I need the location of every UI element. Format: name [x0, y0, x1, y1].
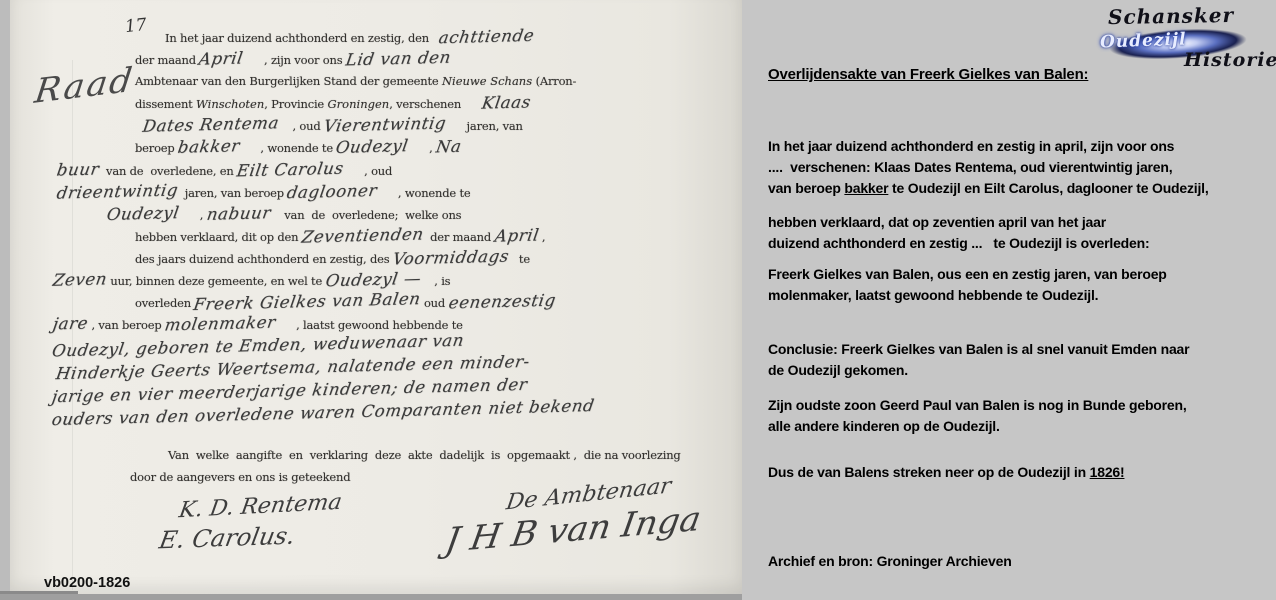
- printed-text: , verschenen: [389, 97, 482, 111]
- printed-text: door de aangevers en ons is geteekend: [130, 470, 350, 484]
- text-line: .... verschenen: Klaas Dates Rentema, ou…: [768, 157, 1268, 178]
- handwritten-text: Dates Rentema: [141, 113, 281, 139]
- transcript-text: In het jaar duizend achthonderd en zesti…: [768, 138, 1174, 154]
- handwritten-text: Eilt Carolus: [235, 157, 345, 182]
- printed-italic-text: Groningen: [328, 97, 390, 111]
- handwritten-text: Klaas: [480, 92, 532, 115]
- printed-text: beroep: [135, 141, 178, 155]
- text-line: Dus de van Balens streken neer op de Oud…: [768, 462, 1268, 483]
- handwritten-text: April: [198, 48, 245, 71]
- printed-text: der maand: [135, 53, 199, 67]
- schansker-oudezijl-historie-logo: Schansker Oudezijl Historie: [1088, 4, 1270, 76]
- text-line: drieentwintig jaren, van beroep dagloone…: [57, 181, 735, 203]
- text-line: des jaars duizend achthonderd en zestig,…: [135, 247, 735, 269]
- printed-text: overleden: [135, 296, 194, 310]
- printed-text: ,: [408, 141, 436, 155]
- printed-text: , oud: [279, 119, 324, 133]
- printed-text: ,: [179, 208, 207, 222]
- transcript-text: molenmaker, laatst gewoond hebbende te O…: [768, 287, 1098, 303]
- printed-text: , van beroep: [88, 318, 165, 332]
- handwritten-text: nabuur: [205, 202, 272, 226]
- logo-text-historie: Historie: [1184, 49, 1276, 71]
- underlined-text: bakker: [844, 180, 888, 196]
- handwritten-text: bakker: [176, 136, 241, 160]
- text-line: dissement Winschoten, Provincie Groninge…: [135, 92, 735, 114]
- text-line: Oudezyl , nabuur van de overledene; welk…: [107, 203, 735, 225]
- handwritten-text: Vierentwintig: [322, 113, 448, 138]
- source-attribution: Archief en bron: Groninger Archieven: [768, 553, 1012, 569]
- handwritten-text: jare: [51, 313, 89, 336]
- text-line: Freerk Gielkes van Balen, ous een en zes…: [768, 264, 1268, 285]
- text-line: hebben verklaard, dat op zeventien april…: [768, 212, 1268, 233]
- transcript-text: Conclusie: Freerk Gielkes van Balen is a…: [768, 341, 1189, 357]
- transcript-text: .... verschenen: Klaas Dates Rentema, ou…: [768, 159, 1172, 175]
- transcript-text: Freerk Gielkes van Balen, ous een en zes…: [768, 266, 1167, 282]
- printed-text: , wonende te: [377, 186, 470, 200]
- transcript-paragraph: Freerk Gielkes van Balen, ous een en zes…: [768, 264, 1268, 306]
- margin-note-raad: Raad: [32, 60, 136, 111]
- transcript-text: alle andere kinderen op de Oudezijl.: [768, 418, 1000, 434]
- printed-text: dissement: [135, 97, 196, 111]
- printed-text: Van welke aangifte en verklaring deze ak…: [168, 448, 681, 462]
- transcript-paragraph: Dus de van Balens streken neer op de Oud…: [768, 462, 1268, 483]
- printed-text: hebben verklaard, dit op den: [135, 230, 302, 244]
- printed-italic-text: Winschoten: [196, 97, 264, 111]
- page: { "colors": { "panel_bg": "#c6c6c6", "pa…: [0, 0, 1276, 600]
- underlined-text: 1826!: [1090, 464, 1125, 480]
- printed-text: des jaars duizend achthonderd en zestig,…: [135, 252, 393, 266]
- handwritten-text: Lid van den: [344, 47, 452, 72]
- printed-text: te: [509, 252, 530, 266]
- text-line: Conclusie: Freerk Gielkes van Balen is a…: [768, 339, 1268, 360]
- logo-text-oudezijl: Oudezijl: [1100, 29, 1187, 52]
- printed-text: (Arron-: [532, 74, 576, 88]
- text-line: buur van de overledene, en Eilt Carolus …: [57, 159, 735, 181]
- signature-ambtenaar-name: J H B van Inga: [443, 499, 704, 561]
- annotation-panel: Schansker Oudezijl Historie Overlijdensa…: [742, 0, 1276, 600]
- printed-text: , Provincie: [264, 97, 327, 111]
- printed-text: van de overledene; welke ons: [270, 208, 461, 222]
- printed-text: der maand: [423, 230, 494, 244]
- akte-body-text: In het jaar duizend achthonderd en zesti…: [135, 26, 735, 424]
- text-line: In het jaar duizend achthonderd en zesti…: [165, 26, 735, 48]
- printed-text: jaren, van: [446, 119, 523, 133]
- printed-text: oud: [420, 296, 448, 310]
- death-certificate-scan: 17 Raad In het jaar duizend achthonderd …: [0, 0, 742, 600]
- transcript-text: hebben verklaard, dat op zeventien april…: [768, 214, 1106, 230]
- printed-text: , is: [420, 274, 450, 288]
- transcript-text: Zijn oudste zoon Geerd Paul van Balen is…: [768, 397, 1187, 413]
- handwritten-text: drieentwintig: [55, 179, 180, 204]
- text-line: der maand April , zijn voor ons Lid van …: [135, 48, 735, 70]
- signature-carolus: E. Carolus.: [157, 522, 297, 555]
- text-line: Van welke aangifte en verklaring deze ak…: [168, 444, 748, 466]
- printed-text: van de overledene, en: [99, 164, 237, 178]
- text-line: hebben verklaard, dit op den Zeventiende…: [135, 225, 735, 247]
- handwritten-text: Zeventienden: [300, 223, 425, 248]
- handwritten-text: buur: [55, 158, 101, 181]
- text-line: duizend achthonderd en zestig ... te Oud…: [768, 233, 1268, 254]
- transcript-paragraph: Conclusie: Freerk Gielkes van Balen is a…: [768, 339, 1268, 381]
- handwritten-text: daglooner: [286, 179, 379, 203]
- printed-text: Ambtenaar van den Burgerlijken Stand der…: [135, 74, 442, 88]
- printed-text: , wonende te: [240, 141, 337, 155]
- handwritten-text: April: [493, 224, 540, 247]
- printed-text: , zijn voor ons: [243, 53, 346, 67]
- handwritten-text: Na: [434, 136, 463, 159]
- text-line: alle andere kinderen op de Oudezijl.: [768, 416, 1268, 437]
- handwritten-text: Voormiddags: [391, 245, 510, 270]
- handwritten-text: molenmaker: [163, 312, 277, 337]
- transcript-text: te Oudezijl en Eilt Carolus, daglooner t…: [888, 180, 1208, 196]
- text-line: molenmaker, laatst gewoond hebbende te O…: [768, 285, 1268, 306]
- text-line: beroep bakker , wonende te Oudezyl , Na: [135, 136, 735, 158]
- text-line: Zijn oudste zoon Geerd Paul van Balen is…: [768, 395, 1268, 416]
- printed-text: uur, binnen deze gemeente, en wel te: [107, 274, 326, 288]
- printed-text: , oud: [343, 164, 392, 178]
- page-title: Overlijdensakte van Freerk Gielkes van B…: [768, 66, 1088, 83]
- transcript-paragraph: In het jaar duizend achthonderd en zesti…: [768, 136, 1268, 199]
- transcript-text: van beroep: [768, 180, 844, 196]
- handwritten-text: Oudezyl: [335, 136, 411, 160]
- text-line: van beroep bakker te Oudezijl en Eilt Ca…: [768, 178, 1268, 199]
- handwritten-text: Oudezyl: [105, 202, 181, 226]
- text-line: jarige en vier meerderjarige kinderen; d…: [53, 380, 735, 402]
- handwritten-text: eenenzestig: [447, 290, 557, 315]
- text-line: overleden Freerk Gielkes van Balen oud e…: [135, 291, 735, 313]
- text-line: Hinderkje Geerts Weertsema, nalatende ee…: [57, 357, 735, 379]
- transcript-paragraph: Zijn oudste zoon Geerd Paul van Balen is…: [768, 395, 1268, 437]
- handwritten-text: Zeven: [51, 268, 108, 291]
- scan-paper: 17 Raad In het jaar duizend achthonderd …: [10, 0, 742, 594]
- text-line: Dates Rentema , oud Vierentwintig jaren,…: [143, 114, 735, 136]
- text-line: Ambtenaar van den Burgerlijken Stand der…: [135, 70, 735, 92]
- text-line: de Oudezijl gekomen.: [768, 360, 1268, 381]
- transcript-text: Dus de van Balens streken neer op de Oud…: [768, 464, 1090, 480]
- signature-rentema: K. D. Rentema: [177, 490, 343, 523]
- scan-bottom-edge: [0, 594, 742, 600]
- printed-text: In het jaar duizend achthonderd en zesti…: [165, 31, 439, 45]
- text-line: In het jaar duizend achthonderd en zesti…: [768, 136, 1268, 157]
- transcript-paragraph: hebben verklaard, dat op zeventien april…: [768, 212, 1268, 254]
- transcript-text: duizend achthonderd en zestig ... te Oud…: [768, 235, 1149, 251]
- transcript-text: de Oudezijl gekomen.: [768, 362, 908, 378]
- printed-text: jaren, van beroep: [178, 186, 288, 200]
- transcript-paragraphs: In het jaar duizend achthonderd en zesti…: [768, 136, 1268, 483]
- reference-label: vb0200-1826: [44, 575, 130, 591]
- logo-text-schansker: Schansker: [1108, 3, 1234, 29]
- printed-italic-text: Nieuwe Schans: [442, 74, 532, 88]
